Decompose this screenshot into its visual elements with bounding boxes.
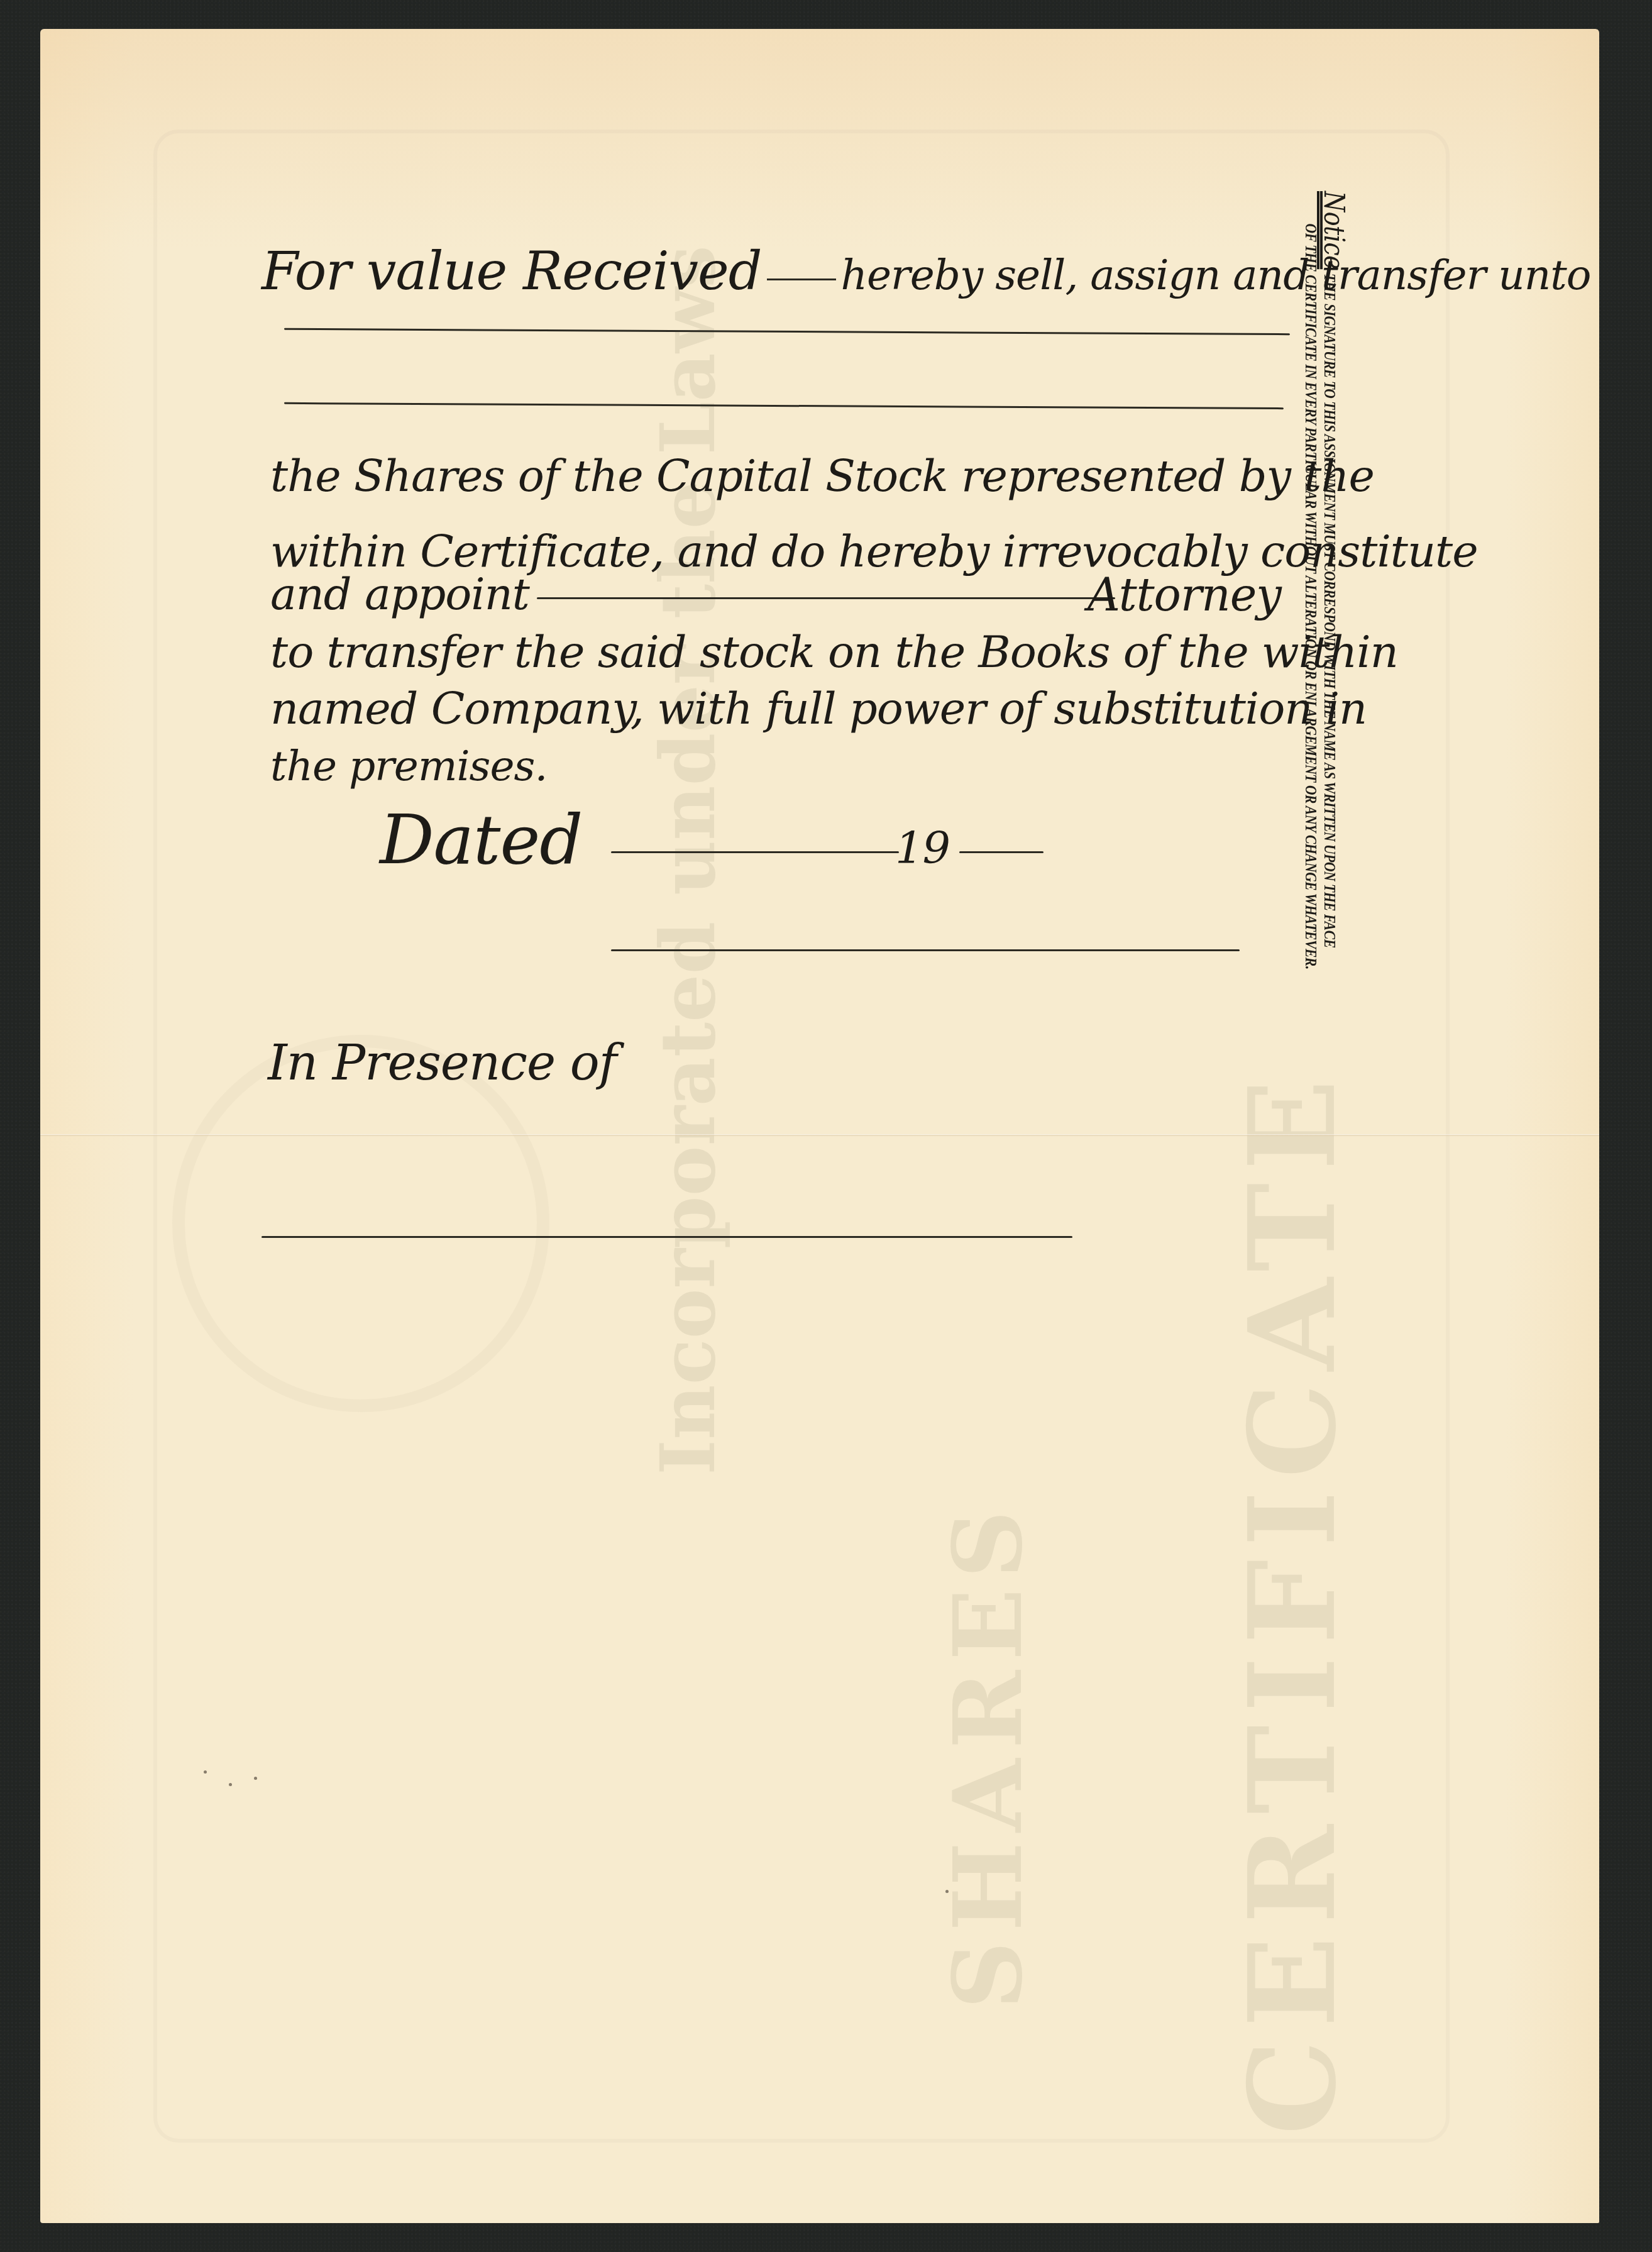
- date-line[interactable]: [611, 851, 899, 853]
- signature-notice: NoticeTHE SIGNATURE TO THIS ASSIGNMENT M…: [1301, 191, 1343, 1260]
- in-presence-of-label: In Presence of: [268, 1035, 617, 1091]
- attorney-text: Attorney: [1088, 568, 1281, 621]
- assignor-name-blank[interactable]: [767, 279, 836, 280]
- notice-line-2: OF THE CERTIFICATE IN EVERY PARTICULAR W…: [1301, 191, 1319, 1110]
- bleed-through-seal: [172, 1035, 549, 1412]
- attorney-name-line[interactable]: [537, 597, 1115, 599]
- assignment-line-5: to transfer the said stock on the Books …: [270, 626, 1398, 678]
- assignment-line-7: the premises.: [270, 742, 547, 790]
- year-prefix: 19: [895, 822, 950, 874]
- notice-lead: Notice: [1318, 191, 1350, 269]
- assignment-line-2: the Shares of the Capital Stock represen…: [270, 450, 1374, 502]
- assignor-signature-line[interactable]: [611, 949, 1240, 951]
- year-suffix-line[interactable]: [959, 851, 1044, 853]
- perforated-edge: [40, 25, 1599, 30]
- assignment-line-6: named Company, with full power of substi…: [270, 683, 1367, 734]
- witness-signature-line[interactable]: [262, 1236, 1072, 1238]
- paper-fold: [40, 1134, 1599, 1136]
- certificate-back-sheet: Incorporated under the Laws SHARES CERTI…: [40, 29, 1599, 2223]
- for-value-received-text: For value Received: [262, 240, 762, 302]
- and-appoint-text: and appoint: [270, 568, 529, 620]
- notice-line-1: NoticeTHE SIGNATURE TO THIS ASSIGNMENT M…: [1319, 191, 1343, 1110]
- dated-label: Dated: [380, 801, 582, 880]
- assignment-line-1: For value Receivedhereby sell, assign an…: [262, 240, 1590, 302]
- transfer-unto-text: hereby sell, assign and transfer unto: [841, 251, 1591, 299]
